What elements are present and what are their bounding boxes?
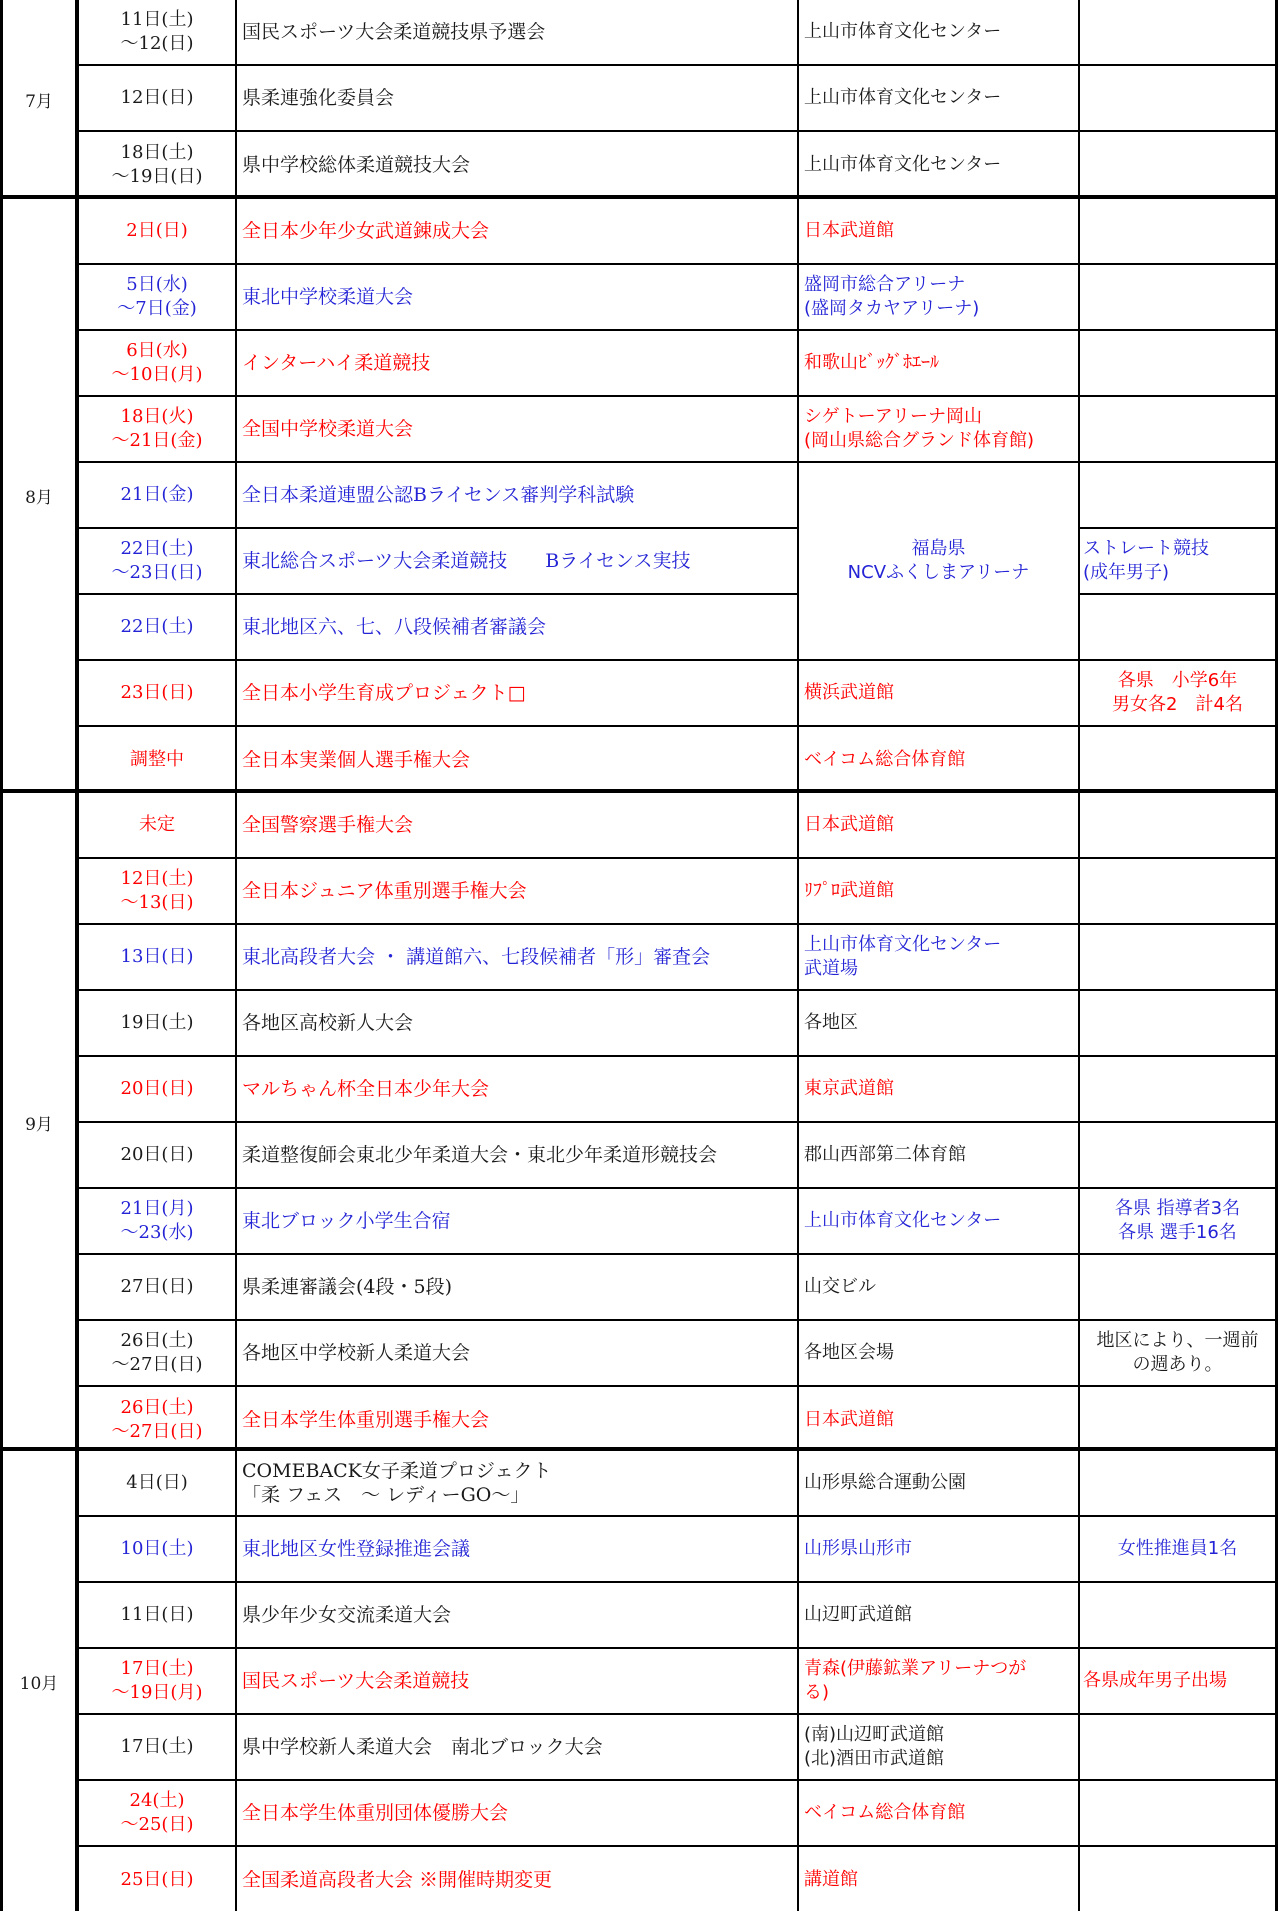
event-cell: 国民スポーツ大会柔道競技 <box>237 1649 799 1713</box>
notes-cell: 各県 指導者3名 各県 選手16名 <box>1080 1189 1275 1253</box>
date-cell: 25日(日) <box>79 1847 237 1911</box>
date-cell: 20日(日) <box>79 1057 237 1121</box>
notes-cell <box>1080 859 1275 923</box>
month-label: 7月 <box>3 0 79 198</box>
table-row: 12日(土) ～13(日)全日本ジュニア体重別選手権大会ﾘﾌﾟﾛ武道館 <box>79 859 1275 925</box>
venue-cell: ﾘﾌﾟﾛ武道館 <box>799 859 1080 923</box>
merged-venue-cell: 福島県 NCVふくしまアリーナ <box>799 463 1080 659</box>
notes-cell <box>1080 0 1275 64</box>
venue-cell: 講道館 <box>799 1847 1080 1911</box>
venue-cell: 各地区会場 <box>799 1321 1080 1385</box>
table-row: 17日(土)県中学校新人柔道大会 南北ブロック大会(南)山辺町武道館 (北)酒田… <box>79 1715 1275 1781</box>
notes-cell <box>1080 199 1275 263</box>
event-cell: 県少年少女交流柔道大会 <box>237 1583 799 1647</box>
notes-cell <box>1080 1123 1275 1187</box>
table-row: 18日(火) ～21日(金)全国中学校柔道大会シゲトーアリーナ岡山 (岡山県総合… <box>79 397 1275 463</box>
event-cell: 東北地区女性登録推進会議 <box>237 1517 799 1581</box>
notes-cell: 各県 小学6年 男女各2 計4名 <box>1080 661 1275 725</box>
event-cell: 全日本小学生育成プロジェクト□ <box>237 661 799 725</box>
venue-cell: 盛岡市総合アリーナ (盛岡タカヤアリーナ) <box>799 265 1080 329</box>
venue-cell: ベイコム総合体育館 <box>799 1781 1080 1845</box>
date-cell: 26日(土) ～27日(日) <box>79 1387 237 1453</box>
event-cell: COMEBACK女子柔道プロジェクト 「柔 フェス ～ レディーGO～」 <box>237 1451 799 1515</box>
venue-cell: 山形県総合運動公園 <box>799 1451 1080 1515</box>
event-cell: 東北地区六、七、八段候補者審議会 <box>237 595 799 659</box>
table-row: 21日(月) ～23(水)東北ブロック小学生合宿上山市体育文化センター各県 指導… <box>79 1189 1275 1255</box>
month-block-october: 10月 4日(日)COMEBACK女子柔道プロジェクト 「柔 フェス ～ レディ… <box>0 1447 1278 1911</box>
table-row: 22日(土)東北地区六、七、八段候補者審議会 <box>79 595 1275 661</box>
notes-cell <box>1080 331 1275 395</box>
venue-cell: 日本武道館 <box>799 199 1080 263</box>
table-row: 11日(日)県少年少女交流柔道大会山辺町武道館 <box>79 1583 1275 1649</box>
event-cell: 各地区中学校新人柔道大会 <box>237 1321 799 1385</box>
table-row: 調整中全日本実業個人選手権大会ベイコム総合体育館 <box>79 727 1275 793</box>
notes-cell <box>1080 595 1275 659</box>
table-row: 20日(日)柔道整復師会東北少年柔道大会・東北少年柔道形競技会郡山西部第二体育館 <box>79 1123 1275 1189</box>
notes-cell <box>1080 1781 1275 1845</box>
notes-cell <box>1080 1255 1275 1319</box>
event-cell: 県中学校総体柔道競技大会 <box>237 132 799 198</box>
date-cell: 21日(月) ～23(水) <box>79 1189 237 1253</box>
event-cell: 東北総合スポーツ大会柔道競技 Bライセンス実技 <box>237 529 799 593</box>
event-cell: 全国警察選手権大会 <box>237 793 799 857</box>
date-cell: 19日(土) <box>79 991 237 1055</box>
notes-cell <box>1080 925 1275 989</box>
event-cell: 東北中学校柔道大会 <box>237 265 799 329</box>
table-row: 22日(土) ～23日(日)東北総合スポーツ大会柔道競技 Bライセンス実技ストレ… <box>79 529 1275 595</box>
event-schedule-table: 7月 11日(土) ～12(日)国民スポーツ大会柔道競技県予選会上山市体育文化セ… <box>0 0 1280 1911</box>
venue-cell: 上山市体育文化センター <box>799 1189 1080 1253</box>
notes-cell <box>1080 991 1275 1055</box>
venue-cell: 上山市体育文化センター <box>799 66 1080 130</box>
month-block-august: 8月 2日(日)全日本少年少女武道錬成大会日本武道館 5日(水) ～7日(金)東… <box>0 195 1278 792</box>
date-cell: 26日(土) ～27日(日) <box>79 1321 237 1385</box>
venue-cell: 日本武道館 <box>799 793 1080 857</box>
date-cell: 17日(土) ～19日(月) <box>79 1649 237 1713</box>
date-cell: 12日(土) ～13(日) <box>79 859 237 923</box>
notes-cell <box>1080 1387 1275 1453</box>
notes-cell <box>1080 132 1275 198</box>
date-cell: 調整中 <box>79 727 237 793</box>
event-cell: マルちゃん杯全日本少年大会 <box>237 1057 799 1121</box>
month-block-september: 9月 未定全国警察選手権大会日本武道館 12日(土) ～13(日)全日本ジュニア… <box>0 789 1278 1451</box>
event-cell: 全日本学生体重別選手権大会 <box>237 1387 799 1453</box>
date-cell: 17日(土) <box>79 1715 237 1779</box>
date-cell: 未定 <box>79 793 237 857</box>
date-cell: 2日(日) <box>79 199 237 263</box>
event-cell: 柔道整復師会東北少年柔道大会・東北少年柔道形競技会 <box>237 1123 799 1187</box>
date-cell: 11日(土) ～12(日) <box>79 0 237 64</box>
table-row: 23日(日)全日本小学生育成プロジェクト□横浜武道館各県 小学6年 男女各2 計… <box>79 661 1275 727</box>
venue-cell: シゲトーアリーナ岡山 (岡山県総合グランド体育館) <box>799 397 1080 461</box>
date-cell: 22日(土) <box>79 595 237 659</box>
table-row: 26日(土) ～27日(日)全日本学生体重別選手権大会日本武道館 <box>79 1387 1275 1453</box>
date-cell: 11日(日) <box>79 1583 237 1647</box>
table-row: 17日(土) ～19日(月)国民スポーツ大会柔道競技青森(伊藤鉱業アリーナつが … <box>79 1649 1275 1715</box>
notes-cell <box>1080 727 1275 793</box>
month-label: 8月 <box>3 199 79 792</box>
venue-cell: 横浜武道館 <box>799 661 1080 725</box>
venue-cell: 山辺町武道館 <box>799 1583 1080 1647</box>
date-cell: 22日(土) ～23日(日) <box>79 529 237 593</box>
table-row: 19日(土)各地区高校新人大会各地区 <box>79 991 1275 1057</box>
table-row: 11日(土) ～12(日)国民スポーツ大会柔道競技県予選会上山市体育文化センター <box>79 0 1275 66</box>
notes-cell <box>1080 265 1275 329</box>
event-cell: 全国中学校柔道大会 <box>237 397 799 461</box>
notes-cell <box>1080 66 1275 130</box>
table-row: 4日(日)COMEBACK女子柔道プロジェクト 「柔 フェス ～ レディーGO～… <box>79 1451 1275 1517</box>
venue-cell: 各地区 <box>799 991 1080 1055</box>
event-cell: 県中学校新人柔道大会 南北ブロック大会 <box>237 1715 799 1779</box>
venue-cell: 和歌山ﾋﾞｯｸﾞﾎｴｰﾙ <box>799 331 1080 395</box>
notes-cell <box>1080 1583 1275 1647</box>
event-cell: 東北ブロック小学生合宿 <box>237 1189 799 1253</box>
table-row: 10日(土)東北地区女性登録推進会議山形県山形市女性推進員1名 <box>79 1517 1275 1583</box>
date-cell: 18日(火) ～21日(金) <box>79 397 237 461</box>
date-cell: 13日(日) <box>79 925 237 989</box>
table-row: 26日(土) ～27日(日)各地区中学校新人柔道大会各地区会場地区により、一週前… <box>79 1321 1275 1387</box>
venue-cell: 上山市体育文化センター 武道場 <box>799 925 1080 989</box>
venue-cell: 郡山西部第二体育館 <box>799 1123 1080 1187</box>
table-row: 20日(日)マルちゃん杯全日本少年大会東京武道館 <box>79 1057 1275 1123</box>
date-cell: 23日(日) <box>79 661 237 725</box>
table-row: 18日(土) ～19日(日)県中学校総体柔道競技大会上山市体育文化センター <box>79 132 1275 198</box>
event-cell: 全日本柔道連盟公認Bライセンス審判学科試験 <box>237 463 799 527</box>
notes-cell: 女性推進員1名 <box>1080 1517 1275 1581</box>
event-cell: 県柔連審議会(4段・5段) <box>237 1255 799 1319</box>
date-cell: 5日(水) ～7日(金) <box>79 265 237 329</box>
table-row: 25日(日)全国柔道高段者大会 ※開催時期変更講道館 <box>79 1847 1275 1911</box>
notes-cell: 地区により、一週前 の週あり。 <box>1080 1321 1275 1385</box>
month-block-july: 7月 11日(土) ～12(日)国民スポーツ大会柔道競技県予選会上山市体育文化セ… <box>0 0 1278 198</box>
venue-cell: (南)山辺町武道館 (北)酒田市武道館 <box>799 1715 1080 1779</box>
event-cell: 県柔連強化委員会 <box>237 66 799 130</box>
venue-cell: 上山市体育文化センター <box>799 0 1080 64</box>
notes-cell <box>1080 1847 1275 1911</box>
event-cell: 各地区高校新人大会 <box>237 991 799 1055</box>
venue-cell: 東京武道館 <box>799 1057 1080 1121</box>
notes-cell: 各県成年男子出場 <box>1080 1649 1275 1713</box>
event-cell: 国民スポーツ大会柔道競技県予選会 <box>237 0 799 64</box>
table-row: 27日(日)県柔連審議会(4段・5段)山交ビル <box>79 1255 1275 1321</box>
table-row: 6日(水) ～10日(月)インターハイ柔道競技和歌山ﾋﾞｯｸﾞﾎｴｰﾙ <box>79 331 1275 397</box>
event-cell: 全国柔道高段者大会 ※開催時期変更 <box>237 1847 799 1911</box>
date-cell: 10日(土) <box>79 1517 237 1581</box>
notes-cell <box>1080 1715 1275 1779</box>
event-cell: 全日本ジュニア体重別選手権大会 <box>237 859 799 923</box>
date-cell: 4日(日) <box>79 1451 237 1515</box>
month-label: 9月 <box>3 793 79 1451</box>
event-cell: 全日本少年少女武道錬成大会 <box>237 199 799 263</box>
table-row: 2日(日)全日本少年少女武道錬成大会日本武道館 <box>79 199 1275 265</box>
venue-cell: 山形県山形市 <box>799 1517 1080 1581</box>
month-label: 10月 <box>3 1451 79 1911</box>
date-cell: 18日(土) ～19日(日) <box>79 132 237 198</box>
venue-cell: ベイコム総合体育館 <box>799 727 1080 793</box>
date-cell: 6日(水) ～10日(月) <box>79 331 237 395</box>
event-cell: 全日本実業個人選手権大会 <box>237 727 799 793</box>
table-row: 12日(日)県柔連強化委員会上山市体育文化センター <box>79 66 1275 132</box>
table-row: 5日(水) ～7日(金)東北中学校柔道大会盛岡市総合アリーナ (盛岡タカヤアリー… <box>79 265 1275 331</box>
notes-cell: ストレート競技 (成年男子) <box>1080 529 1275 593</box>
date-cell: 20日(日) <box>79 1123 237 1187</box>
event-cell: 東北高段者大会 ・ 講道館六、七段候補者「形」審査会 <box>237 925 799 989</box>
table-row: 13日(日)東北高段者大会 ・ 講道館六、七段候補者「形」審査会上山市体育文化セ… <box>79 925 1275 991</box>
date-cell: 24(土) ～25(日) <box>79 1781 237 1845</box>
notes-cell <box>1080 397 1275 461</box>
event-cell: 全日本学生体重別団体優勝大会 <box>237 1781 799 1845</box>
venue-cell: 山交ビル <box>799 1255 1080 1319</box>
venue-cell: 上山市体育文化センター <box>799 132 1080 198</box>
notes-cell <box>1080 1057 1275 1121</box>
date-cell: 21日(金) <box>79 463 237 527</box>
event-cell: インターハイ柔道競技 <box>237 331 799 395</box>
venue-cell: 青森(伊藤鉱業アリーナつが る) <box>799 1649 1080 1713</box>
date-cell: 12日(日) <box>79 66 237 130</box>
notes-cell <box>1080 793 1275 857</box>
notes-cell <box>1080 1451 1275 1515</box>
venue-cell: 日本武道館 <box>799 1387 1080 1453</box>
table-row: 未定全国警察選手権大会日本武道館 <box>79 793 1275 859</box>
notes-cell <box>1080 463 1275 527</box>
date-cell: 27日(日) <box>79 1255 237 1319</box>
table-row: 21日(金)全日本柔道連盟公認Bライセンス審判学科試験 <box>79 463 1275 529</box>
table-row: 24(土) ～25(日)全日本学生体重別団体優勝大会ベイコム総合体育館 <box>79 1781 1275 1847</box>
